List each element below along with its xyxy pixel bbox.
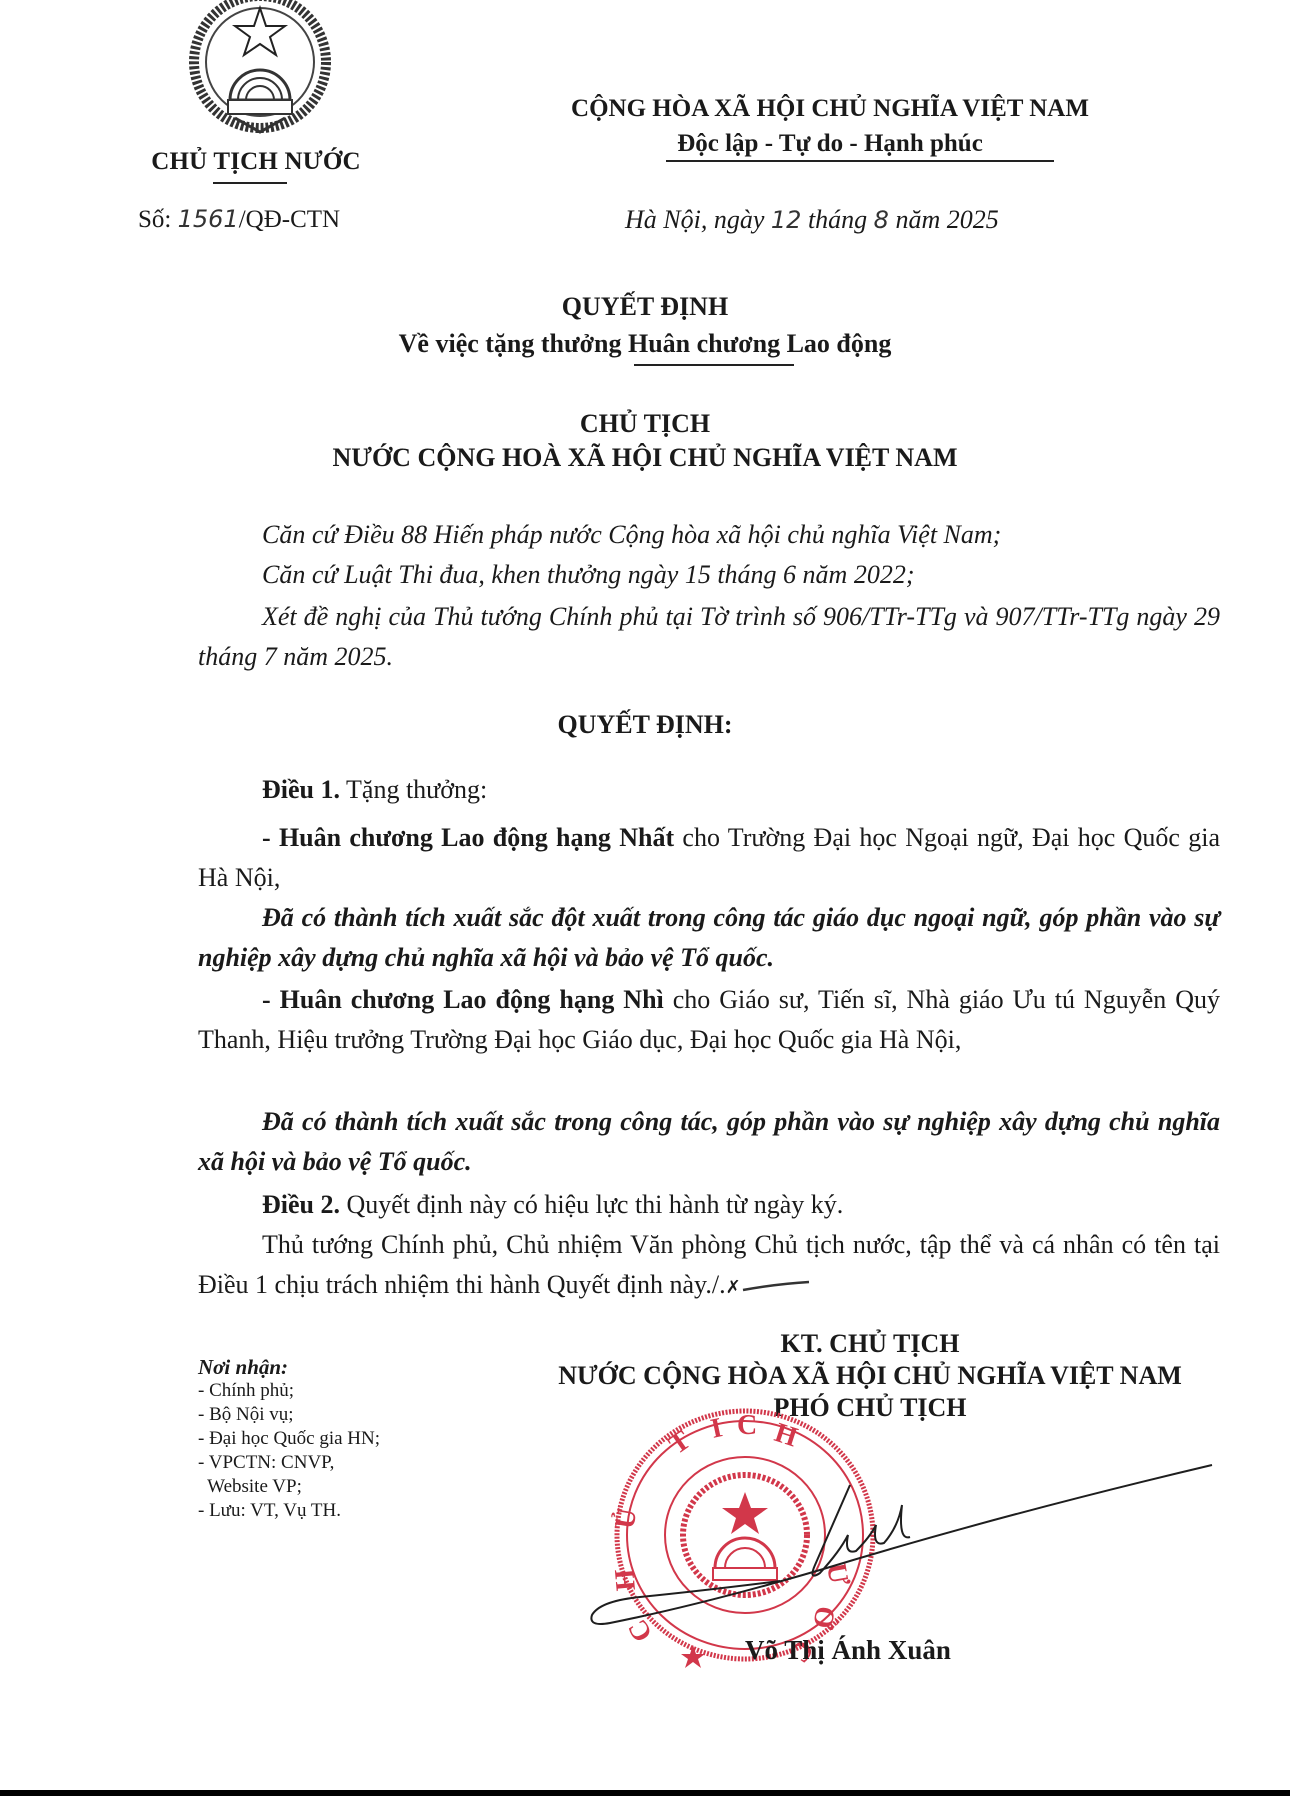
number-prefix: Số: [138,206,178,233]
recipient-item: - Chính phủ; [198,1379,380,1403]
sign-line-1: KT. CHỦ TỊCH [500,1328,1240,1360]
award-item: - Huân chương Lao động hạng Nhất cho Trư… [198,818,1220,898]
legal-basis-2: Căn cứ Luật Thi đua, khen thưởng ngày 15… [198,555,1220,595]
legal-basis-1: Căn cứ Điều 88 Hiến pháp nước Cộng hòa x… [198,515,1220,555]
article-2-label: Điều 2. [262,1190,340,1219]
issuer-underline [213,182,287,184]
recipient-item: - Đại học Quốc gia HN; [198,1427,380,1451]
nation-motto: Độc lập - Tự do - Hạnh phúc [500,130,1160,158]
nation-title: CỘNG HÒA XÃ HỘI CHỦ NGHĨA VIỆT NAM [500,95,1160,123]
authority-title: CHỦ TỊCH [0,409,1290,439]
date-day: 12 [771,206,802,234]
recipient-item: - VPCTN: CNVP, [198,1451,380,1475]
execution-text: Thủ tướng Chính phủ, Chủ nhiệm Văn phòng… [198,1230,1220,1299]
date-mid: tháng [801,205,873,234]
motto-underline [666,160,1054,162]
award-reason: Đã có thành tích xuất sắc đột xuất trong… [198,898,1220,978]
document-number: Số: 1561/QĐ-CTN [138,205,340,234]
article-1-text: Tặng thưởng: [340,775,487,804]
signer-name: Võ Thị Ánh Xuân [745,1635,951,1666]
award-name: - Huân chương Lao động hạng Nhì [262,985,664,1014]
decide-heading: QUYẾT ĐỊNH: [0,710,1290,740]
sign-line-2: NƯỚC CỘNG HÒA XÃ HỘI CHỦ NGHĨA VIỆT NAM [500,1360,1240,1392]
svg-text:I: I [708,1412,725,1445]
article-1: Điều 1. Tặng thưởng: [198,770,1220,810]
handwritten-signature-icon [580,1455,1220,1635]
number-suffix: /QĐ-CTN [239,206,340,233]
recipients-title: Nơi nhận: [198,1355,380,1379]
national-emblem-icon [180,0,340,140]
recipients-list: Nơi nhận: - Chính phủ; - Bộ Nội vụ; - Đạ… [198,1355,380,1523]
subject-underline [634,364,794,366]
date-suffix: năm 2025 [889,205,999,234]
bottom-bar [0,1790,1290,1796]
article-1-label: Điều 1. [262,775,340,804]
recipient-item: - Bộ Nội vụ; [198,1403,380,1427]
place-date: Hà Nội, ngày 12 tháng 8 năm 2025 [625,205,999,235]
recipient-item: Website VP; [198,1475,380,1499]
date-prefix: Hà Nội, ngày [625,205,771,234]
svg-text:H: H [771,1417,802,1453]
decision-title: QUYẾT ĐỊNH [0,292,1290,322]
end-mark: ✗ [726,1277,741,1298]
date-month: 8 [874,206,889,234]
end-stroke-icon [741,1280,811,1294]
legal-basis-3: Xét đề nghị của Thủ tướng Chính phủ tại … [198,597,1220,677]
recipient-item: - Lưu: VT, Vụ TH. [198,1499,380,1523]
article-2: Điều 2. Quyết định này có hiệu lực thi h… [198,1185,1220,1225]
issuer-name: CHỦ TỊCH NƯỚC [120,148,392,176]
decision-subject: Về việc tặng thưởng Huân chương Lao động [0,329,1290,359]
award-item: - Huân chương Lao động hạng Nhì cho Giáo… [198,980,1220,1060]
award-reason: Đã có thành tích xuất sắc trong công tác… [198,1102,1220,1182]
execution-clause: Thủ tướng Chính phủ, Chủ nhiệm Văn phòng… [198,1225,1220,1308]
svg-text:C: C [737,1410,757,1441]
number-handwritten: 1561 [178,205,239,233]
authority-subtitle: NƯỚC CỘNG HOÀ XÃ HỘI CHỦ NGHĨA VIỆT NAM [0,443,1290,473]
award-name: - Huân chương Lao động hạng Nhất [262,823,674,852]
article-2-text: Quyết định này có hiệu lực thi hành từ n… [340,1190,843,1219]
